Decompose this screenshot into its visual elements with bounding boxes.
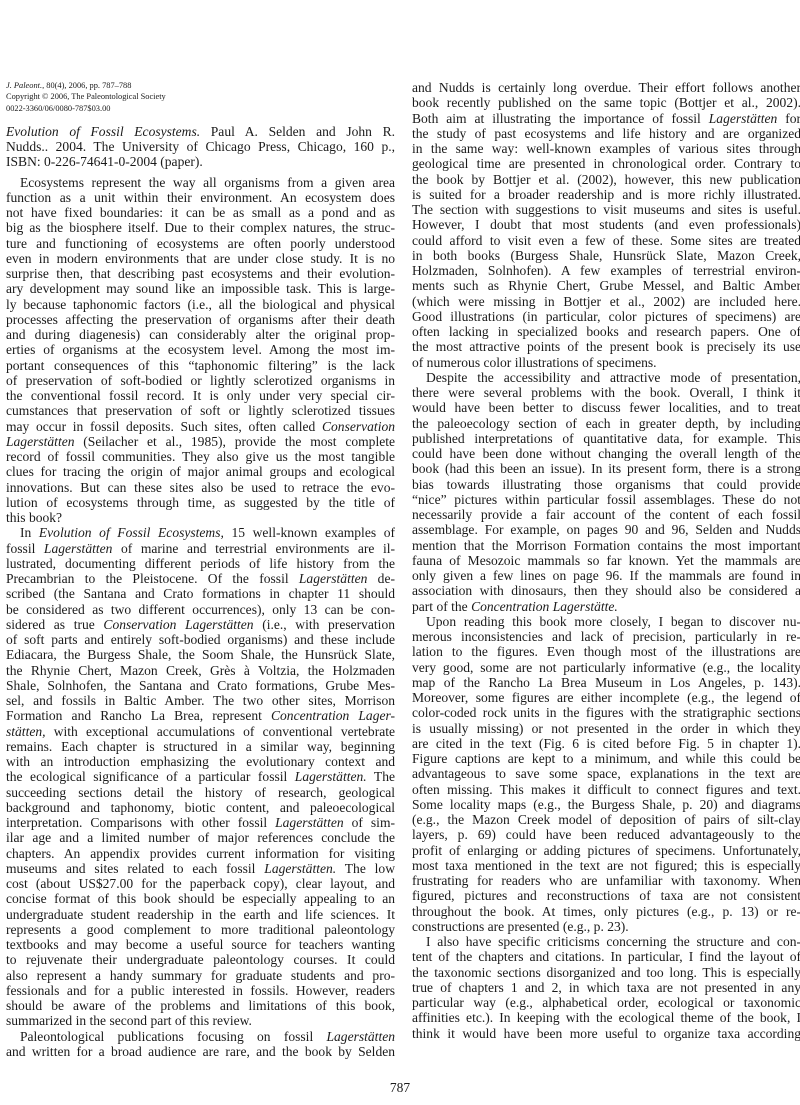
text-line: Holzmaden, Solnhofen). A few examples of…	[412, 263, 800, 278]
text-line: lustrated, documenting different periods…	[6, 556, 395, 571]
review-heading: Evolution of Fossil Ecosystems. Paul A. …	[6, 124, 395, 170]
text-line: particular way (e.g., alphabetical order…	[412, 995, 800, 1010]
text-line: to rejuvenate their undergraduate paleon…	[6, 952, 395, 967]
text-line: even in modern environments that are und…	[6, 251, 395, 266]
text-line: map of the Rancho La Brea Museum in Los …	[412, 675, 800, 690]
text-line: Paleontological publications focusing on…	[6, 1029, 395, 1044]
text-line: ilar age and a limited number of major r…	[6, 830, 395, 845]
text-line: color-coded rock units in the figures wi…	[412, 705, 800, 720]
text-line: affinities etc.). In keeping with the ec…	[412, 1010, 800, 1025]
text-line: sidered as true Conservation Lagerstätte…	[6, 617, 395, 632]
text-line: sel, and fossils in Baltic Amber. The tw…	[6, 693, 395, 708]
text-line: of soft parts and entirely soft-bodied o…	[6, 632, 395, 647]
text-line: function as a unit within their environm…	[6, 190, 395, 205]
text-line: the taxonomic sections disorganized and …	[412, 965, 800, 980]
text-line: and written for a broad audience are rar…	[6, 1044, 395, 1059]
text-line: processes affecting the preservation of …	[6, 312, 395, 327]
text-line: also represent a handy summary for gradu…	[6, 968, 395, 983]
text-line: profit of enlarging or adding pictures o…	[412, 843, 800, 858]
text-line: necessarily provide a fair account of th…	[412, 507, 800, 522]
text-line: the ecological significance of a particu…	[6, 769, 395, 784]
text-line: constructions are presented (e.g., p. 23…	[412, 919, 800, 934]
text-line: The section with suggestions to visit mu…	[412, 202, 800, 217]
text-line: be considered as two different occurrenc…	[6, 602, 395, 617]
text-line: only given a few lines on page 96. If th…	[412, 568, 800, 583]
text-line: stätten, with exceptional accumulations …	[6, 724, 395, 739]
right-column-body: and Nudds is certainly long overdue. The…	[412, 80, 800, 1041]
text-line: I also have specific criticisms concerni…	[412, 934, 800, 949]
journal-citation: J. Paleont., 80(4), 2006, pp. 787–788	[6, 80, 395, 91]
text-line: the Rhynie Chert, Mazon Creek, Grès à Vo…	[6, 663, 395, 678]
text-line: geological time are presented in chronol…	[412, 156, 800, 171]
text-line: concise format of this book should be es…	[6, 891, 395, 906]
text-line: the book by Bottjer et al. (2002), howev…	[412, 172, 800, 187]
text-line: and during diagenesis) can considerably …	[6, 327, 395, 342]
text-line: Ediacara, the Burgess Shale, the Soom Sh…	[6, 647, 395, 662]
text-line: the conventional fossil record. It is on…	[6, 388, 395, 403]
text-line: the most attractive points of the presen…	[412, 339, 800, 354]
text-line: innovations. But can these sites also be…	[6, 480, 395, 495]
text-line: part of the Concentration Lagerstätte.	[412, 599, 800, 614]
text-line: ary development may sound like an imposs…	[6, 281, 395, 296]
text-line: background and taphonomy, biotic content…	[6, 800, 395, 815]
text-line: book recently published on the same topi…	[412, 95, 800, 110]
text-line: throughout the book. At times, only pict…	[412, 904, 800, 919]
text-line: summarized in the second part of this re…	[6, 1013, 395, 1028]
text-line: association with dinosaurs, then they sh…	[412, 583, 800, 598]
text-line: Figure captions are kept to a minimum, a…	[412, 751, 800, 766]
book-authors: Paul A. Selden and John R.	[200, 124, 395, 139]
text-line: Ecosystems represent the way all organis…	[6, 175, 395, 190]
text-line: with an introduction emphasizing the evo…	[6, 754, 395, 769]
text-line: clues for tracing the origin of major an…	[6, 464, 395, 479]
text-line: Shale, Solnhofen, the Santana and Crato …	[6, 678, 395, 693]
text-line: lation to the figures. Even though most …	[412, 644, 800, 659]
text-line: cumstances that preservation of soft or …	[6, 403, 395, 418]
text-line: is usually missing) or not presented in …	[412, 721, 800, 736]
text-line: big as the biosphere itself. Due to thei…	[6, 220, 395, 235]
text-line: are cited in the text (Fig. 6 is cited b…	[412, 736, 800, 751]
review-heading-line-2: Nudds.. 2004. The University of Chicago …	[6, 139, 395, 154]
review-heading-line-1: Evolution of Fossil Ecosystems. Paul A. …	[6, 124, 395, 139]
review-heading-line-3: ISBN: 0-226-74641-0-2004 (paper).	[6, 154, 395, 169]
text-line: “nice” pictures within particular fossil…	[412, 492, 800, 507]
text-line: undergraduate student readership in the …	[6, 907, 395, 922]
text-line: chapters. An appendix provides current i…	[6, 846, 395, 861]
text-line: Formation and Rancho La Brea, represent …	[6, 708, 395, 723]
text-line: ture and functioning of ecosystems are o…	[6, 236, 395, 251]
text-line: fauna of Mesozoic mammals so far known. …	[412, 553, 800, 568]
text-line: and Nudds is certainly long overdue. The…	[412, 80, 800, 95]
text-line: Both aim at illustrating the importance …	[412, 111, 800, 126]
text-line: Lagerstätten (Seilacher et al., 1985), p…	[6, 434, 395, 449]
text-line: However, I doubt that most students (and…	[412, 217, 800, 232]
text-line: could have been done without changing th…	[412, 446, 800, 461]
text-line: the paleoecology section of each in grea…	[412, 416, 800, 431]
text-line: Precambrian to the Pleistocene. Of the f…	[6, 571, 395, 586]
text-line: cost (about US$27.00 for the paperback c…	[6, 876, 395, 891]
text-line: Upon reading this book more closely, I b…	[412, 614, 800, 629]
text-line: textbooks and may become a useful source…	[6, 937, 395, 952]
text-line: ments such as Rhynie Chert, Grube Messel…	[412, 278, 800, 293]
journal-volume-pages: , 80(4), 2006, pp. 787–788	[42, 81, 131, 90]
text-line: portant consequences of this “taphonomic…	[6, 358, 395, 373]
text-line: often missing. This makes it difficult t…	[412, 782, 800, 797]
text-line: this book?	[6, 510, 395, 525]
text-line: lution of ecosystems through time, as su…	[6, 495, 395, 510]
text-line: of numerous color illustrations of speci…	[412, 355, 800, 370]
text-line: advantageous to save some space, explana…	[412, 766, 800, 781]
text-line: would have been better to discuss fewer …	[412, 400, 800, 415]
journal-citation-block: J. Paleont., 80(4), 2006, pp. 787–788 Co…	[6, 80, 395, 114]
text-line: In Evolution of Fossil Ecosystems, 15 we…	[6, 525, 395, 540]
text-line: Moreover, some figures are either incomp…	[412, 690, 800, 705]
text-line: is suited for a broader readership and i…	[412, 187, 800, 202]
text-line: published interpretations of quantitativ…	[412, 431, 800, 446]
text-line: merous inconsistencies and lack of preci…	[412, 629, 800, 644]
text-line: (which were missing in Bottjer et al., 2…	[412, 294, 800, 309]
text-line: record of fossil communities. They also …	[6, 449, 395, 464]
text-line: fossil Lagerstätten of marine and terres…	[6, 541, 395, 556]
text-line: book (had this been an issue). In its pr…	[412, 461, 800, 476]
text-line: frustrating for readers who are unfamili…	[412, 873, 800, 888]
text-line: think it would have been more useful to …	[412, 1026, 800, 1041]
text-line: mention that the Morrison Formation cont…	[412, 538, 800, 553]
text-line: assemblage. For example, on pages 90 and…	[412, 522, 800, 537]
text-line: very good, some are not particularly inf…	[412, 660, 800, 675]
text-line: Some locality maps (e.g., the Burgess Sh…	[412, 797, 800, 812]
text-line: the study of past ecosystems and life hi…	[412, 126, 800, 141]
text-line: interpretation. Comparisons with other f…	[6, 815, 395, 830]
text-line: Despite the accessibility and attractive…	[412, 370, 800, 385]
text-line: layers, p. 69) could have been reduced a…	[412, 827, 800, 842]
text-line: museums and sites related to each fossil…	[6, 861, 395, 876]
text-line: erties of organisms at the ecosystem lev…	[6, 342, 395, 357]
text-line: true of chapters 1 and 2, in which taxa …	[412, 980, 800, 995]
text-line: succeeding sections detail the history o…	[6, 785, 395, 800]
text-line: ly because taphonomic factors (i.e., all…	[6, 297, 395, 312]
right-column: and Nudds is certainly long overdue. The…	[412, 80, 800, 1041]
left-column-body: Ecosystems represent the way all organis…	[6, 175, 395, 1060]
text-line: Good illustrations (in particular, color…	[412, 309, 800, 324]
text-line: may occur in fossil deposits. Such sites…	[6, 419, 395, 434]
copyright-line: Copyright © 2006, The Paleontological So…	[6, 91, 395, 102]
text-line: there were several problems with the boo…	[412, 385, 800, 400]
journal-abbrev: J. Paleont.	[6, 81, 42, 90]
text-line: in both books (Burgess Shale, Hunsrück S…	[412, 248, 800, 263]
book-title: Evolution of Fossil Ecosystems.	[6, 124, 200, 139]
text-line: most taxa mentioned in the text are not …	[412, 858, 800, 873]
text-line: fessionals and for a public interested i…	[6, 983, 395, 998]
text-line: bias towards illustrating those organism…	[412, 477, 800, 492]
text-line: figured, pictures and reconstructions of…	[412, 888, 800, 903]
text-line: often lacking in specialized books and r…	[412, 324, 800, 339]
text-line: scribed (the Santana and Crato formation…	[6, 586, 395, 601]
text-line: could afford to visit even a few of thes…	[412, 233, 800, 248]
issn-line: 0022-3360/06/0080-787$03.00	[6, 103, 395, 114]
text-line: remains. Each chapter is structured in a…	[6, 739, 395, 754]
text-line: should be aware of the problems and limi…	[6, 998, 395, 1013]
left-column: J. Paleont., 80(4), 2006, pp. 787–788 Co…	[6, 80, 395, 1059]
text-line: of preservation of soft-bodied or lightl…	[6, 373, 395, 388]
page-number: 787	[0, 1080, 800, 1096]
text-line: represents a good complement to more tra…	[6, 922, 395, 937]
text-line: tent of the chapters and citations. In p…	[412, 949, 800, 964]
text-line: (e.g., the Mazon Creek model of depositi…	[412, 812, 800, 827]
text-line: not have fixed boundaries: it can be as …	[6, 205, 395, 220]
text-line: surprise then, that describing past ecos…	[6, 266, 395, 281]
text-line: in the same way: well-known examples of …	[412, 141, 800, 156]
